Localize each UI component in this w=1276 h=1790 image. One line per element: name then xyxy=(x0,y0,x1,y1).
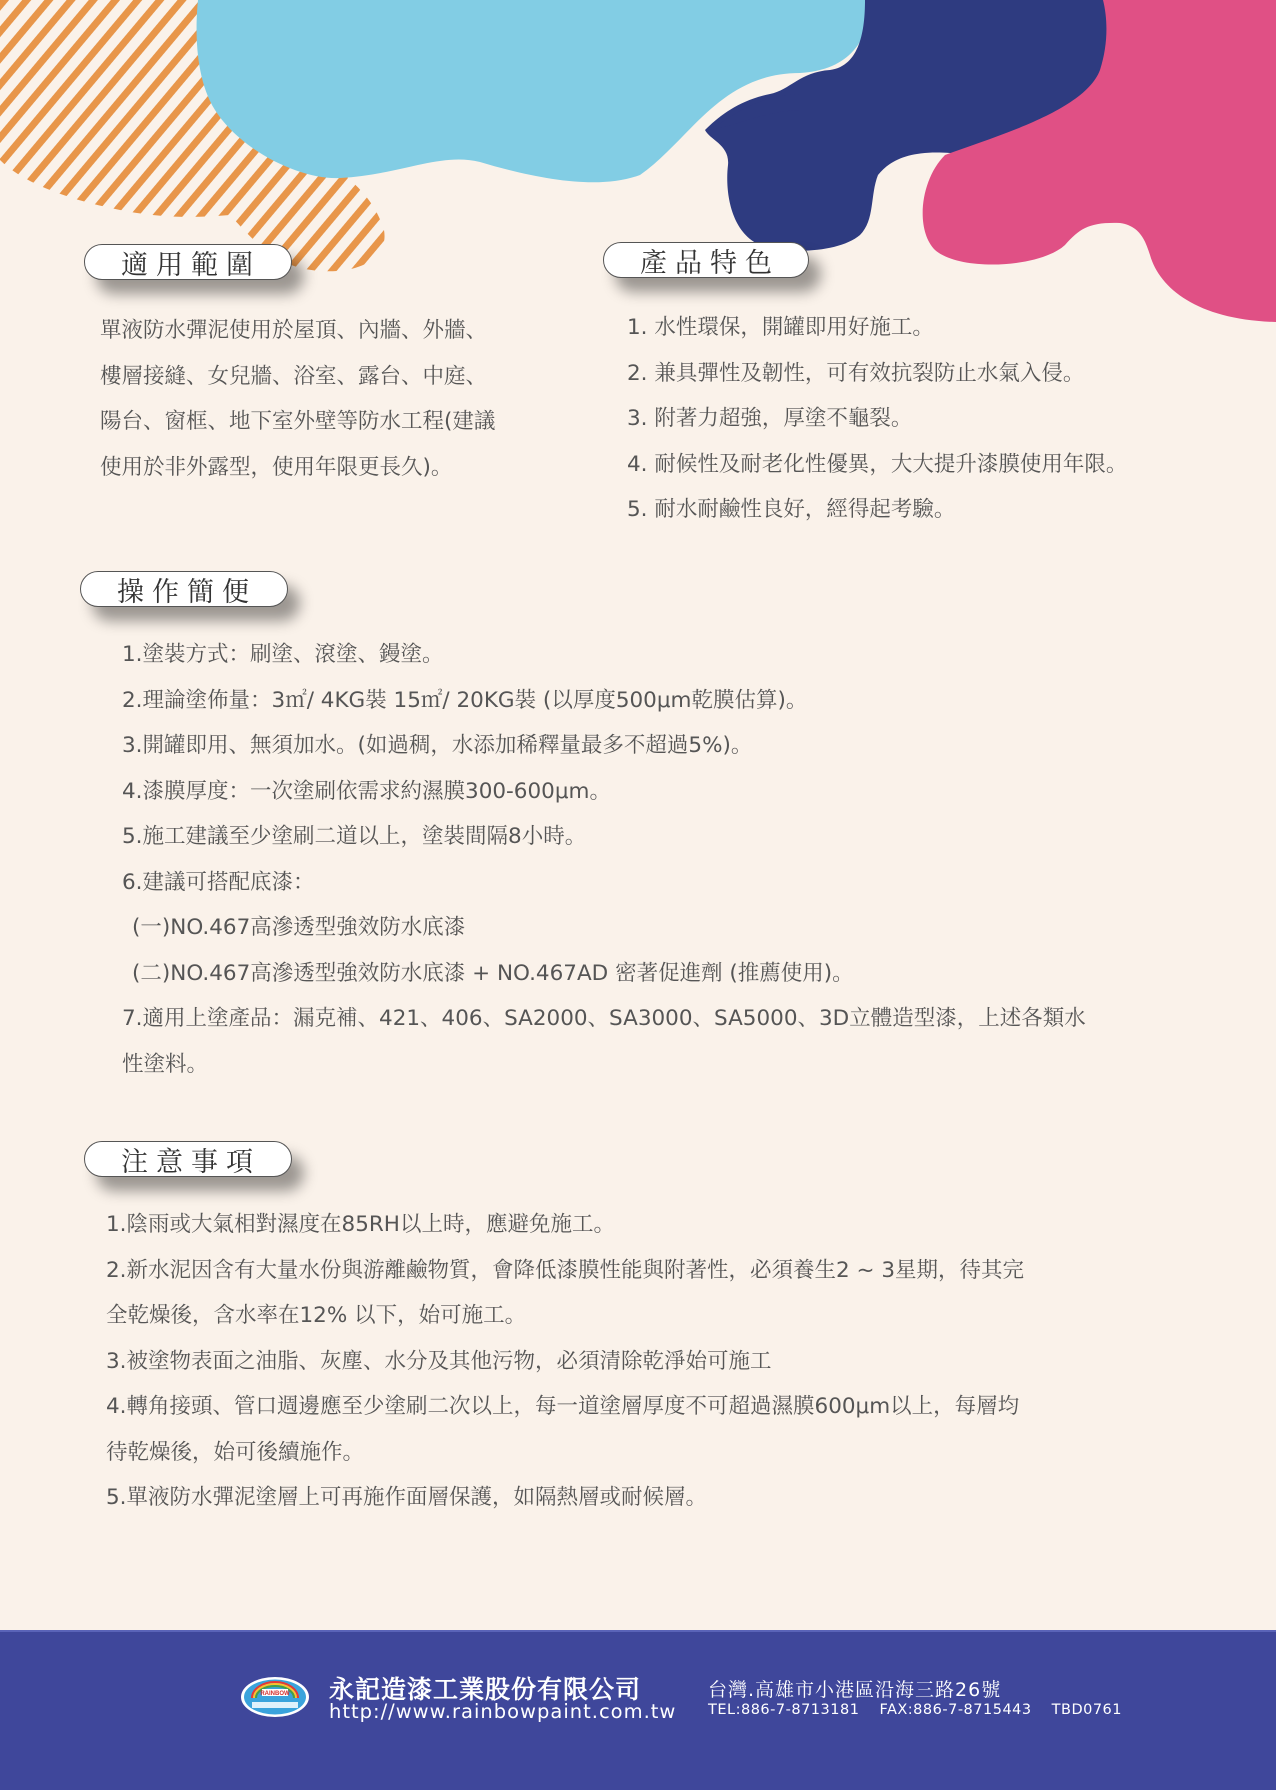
operation-item: 7.適用上塗產品：漏克補、421、406、SA2000、SA3000、SA500… xyxy=(122,996,1222,1042)
note-item: 2.新水泥因含有大量水份與游離鹼物質，會降低漆膜性能與附著性，必須養生2 ~ 3… xyxy=(106,1248,1226,1294)
feature-item: 2. 兼具彈性及韌性，可有效抗裂防止水氣入侵。 xyxy=(627,351,1227,397)
features-title-text: 產品特色 xyxy=(640,241,780,280)
operation-item: 2.理論塗佈量：3㎡/ 4KG裝 15㎡/ 20KG裝 (以厚度500μm乾膜估… xyxy=(122,678,1222,724)
operation-list: 1.塗裝方式：刷塗、滾塗、鏝塗。 2.理論塗佈量：3㎡/ 4KG裝 15㎡/ 2… xyxy=(122,632,1222,1087)
operation-item: 1.塗裝方式：刷塗、滾塗、鏝塗。 xyxy=(122,632,1222,678)
logo-text: RAINBOW xyxy=(260,1691,290,1697)
feature-item: 1. 水性環保，開罐即用好施工。 xyxy=(627,305,1227,351)
scope-section-title: 適用範圍 xyxy=(84,244,292,280)
rainbow-logo-icon: RAINBOW xyxy=(240,1676,310,1718)
notes-list: 1.陰雨或大氣相對濕度在85RH以上時，應避免施工。 2.新水泥因含有大量水份與… xyxy=(106,1202,1226,1521)
note-item-continued: 全乾燥後，含水率在12% 以下，始可施工。 xyxy=(106,1293,1226,1339)
scope-line: 使用於非外露型，使用年限更長久)。 xyxy=(100,445,580,491)
operation-item: 4.漆膜厚度：一次塗刷依需求約濕膜300-600μm。 xyxy=(122,769,1222,815)
operation-item: 3.開罐即用、無須加水。(如過稠，水添加稀釋量最多不超過5%)。 xyxy=(122,723,1222,769)
note-item: 3.被塗物表面之油脂、灰塵、水分及其他污物，必須清除乾淨始可施工 xyxy=(106,1339,1226,1385)
company-contact: TEL:886-7-8713181 FAX:886-7-8715443 TBD0… xyxy=(708,1702,1122,1718)
fax-number: FAX:886-7-8715443 xyxy=(879,1702,1031,1718)
company-website-link[interactable]: http://www.rainbowpaint.com.tw xyxy=(329,1700,676,1723)
operation-subitem: (一)NO.467高滲透型強效防水底漆 xyxy=(122,905,1222,951)
scope-line: 陽台、窗框、地下室外壁等防水工程(建議 xyxy=(100,399,580,445)
operation-item: 6.建議可搭配底漆： xyxy=(122,860,1222,906)
notes-title-text: 注意事項 xyxy=(121,1140,261,1179)
company-footer: RAINBOW 永記造漆工業股份有限公司 http://www.rainbowp… xyxy=(0,1630,1276,1790)
features-section-title: 產品特色 xyxy=(603,242,809,278)
scope-line: 單液防水彈泥使用於屋頂、內牆、外牆、 xyxy=(100,308,580,354)
note-item: 1.陰雨或大氣相對濕度在85RH以上時，應避免施工。 xyxy=(106,1202,1226,1248)
document-code: TBD0761 xyxy=(1052,1702,1122,1718)
feature-item: 3. 附著力超強，厚塗不龜裂。 xyxy=(627,396,1227,442)
scope-line: 樓層接縫、女兒牆、浴室、露台、中庭、 xyxy=(100,354,580,400)
company-address: 台灣.高雄市小港區沿海三路26號 xyxy=(708,1675,1001,1702)
operation-item: 5.施工建議至少塗刷二道以上，塗裝間隔8小時。 xyxy=(122,814,1222,860)
feature-item: 4. 耐候性及耐老化性優異，大大提升漆膜使用年限。 xyxy=(627,442,1227,488)
operation-title-text: 操作簡便 xyxy=(117,570,257,609)
note-item: 4.轉角接頭、管口週邊應至少塗刷二次以上，每一道塗層厚度不可超過濕膜600μm以… xyxy=(106,1384,1226,1430)
scope-description: 單液防水彈泥使用於屋頂、內牆、外牆、 樓層接縫、女兒牆、浴室、露台、中庭、 陽台… xyxy=(100,308,580,490)
scope-title-text: 適用範圍 xyxy=(121,243,261,282)
features-list: 1. 水性環保，開罐即用好施工。 2. 兼具彈性及韌性，可有效抗裂防止水氣入侵。… xyxy=(627,305,1227,533)
feature-item: 5. 耐水耐鹼性良好，經得起考驗。 xyxy=(627,487,1227,533)
note-item: 5.單液防水彈泥塗層上可再施作面層保護，如隔熱層或耐候層。 xyxy=(106,1475,1226,1521)
operation-subitem: (二)NO.467高滲透型強效防水底漆 + NO.467AD 密著促進劑 (推薦… xyxy=(122,951,1222,997)
notes-section-title: 注意事項 xyxy=(84,1141,292,1177)
telephone-number: TEL:886-7-8713181 xyxy=(708,1702,859,1718)
operation-item-continued: 性塗料。 xyxy=(122,1042,1222,1088)
operation-section-title: 操作簡便 xyxy=(80,571,288,607)
note-item-continued: 待乾燥後，始可後續施作。 xyxy=(106,1430,1226,1476)
